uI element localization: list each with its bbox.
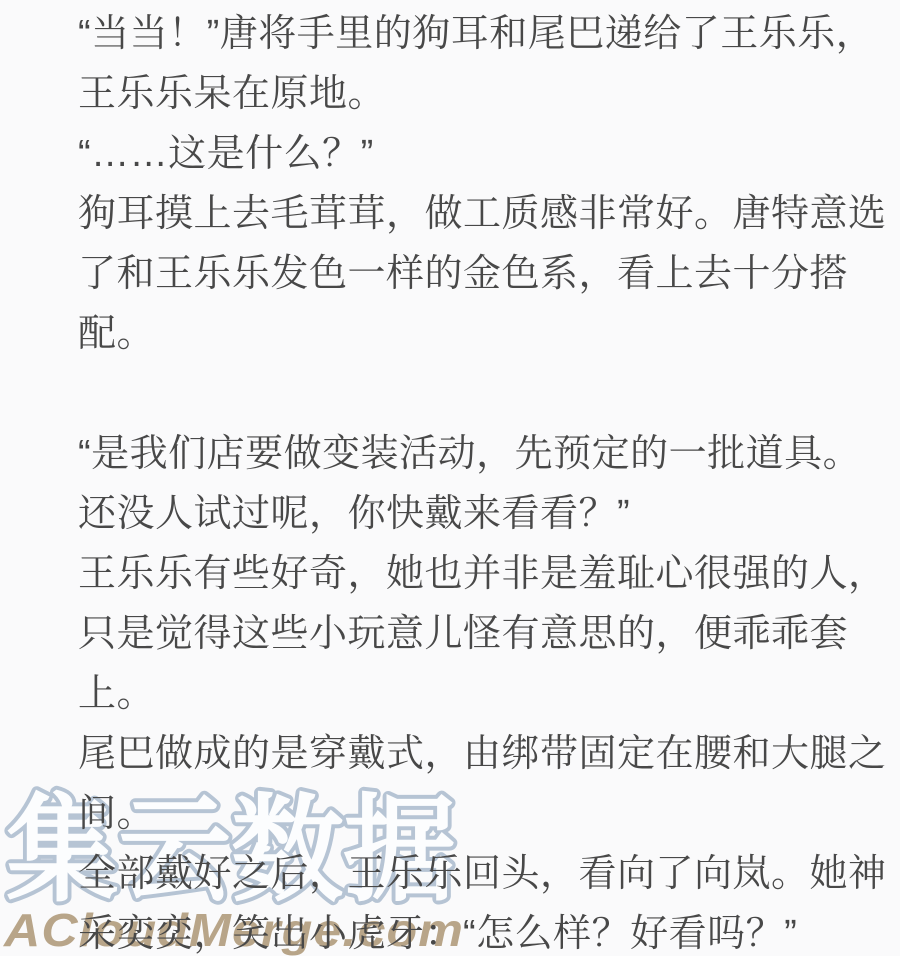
- text-line: 尾巴做成的是穿戴式，由绑带固定在腰和大腿之: [78, 724, 882, 784]
- text-line: 了和王乐乐发色一样的金色系，看上去十分搭: [78, 244, 882, 304]
- text-line: 王乐乐有些好奇，她也并非是羞耻心很强的人，: [78, 544, 882, 604]
- text-line: “……这是什么？”: [78, 124, 882, 184]
- text-line: [78, 364, 882, 424]
- text-line: 只是觉得这些小玩意儿怪有意思的，便乖乖套: [78, 604, 882, 664]
- text-line: 配。: [78, 304, 882, 364]
- text-line: “当当！”唐将手里的狗耳和尾巴递给了王乐乐，: [78, 4, 882, 64]
- novel-text: “当当！”唐将手里的狗耳和尾巴递给了王乐乐，王乐乐呆在原地。“……这是什么？”狗…: [78, 4, 882, 956]
- text-line: 上。: [78, 664, 882, 724]
- text-line: 王乐乐呆在原地。: [78, 64, 882, 124]
- text-line: “是我们店要做变装活动，先预定的一批道具。: [78, 424, 882, 484]
- text-line: 采奕奕，笑出小虎牙：“怎么样？好看吗？”: [78, 904, 882, 956]
- text-line: 间。: [78, 784, 882, 844]
- text-line: 狗耳摸上去毛茸茸，做工质感非常好。唐特意选: [78, 184, 882, 244]
- text-line: 还没人试过呢，你快戴来看看？”: [78, 484, 882, 544]
- text-line: 全部戴好之后，王乐乐回头，看向了向岚。她神: [78, 844, 882, 904]
- reader-page[interactable]: 集云数据 ACloudMerge.com “当当！”唐将手里的狗耳和尾巴递给了王…: [0, 0, 900, 956]
